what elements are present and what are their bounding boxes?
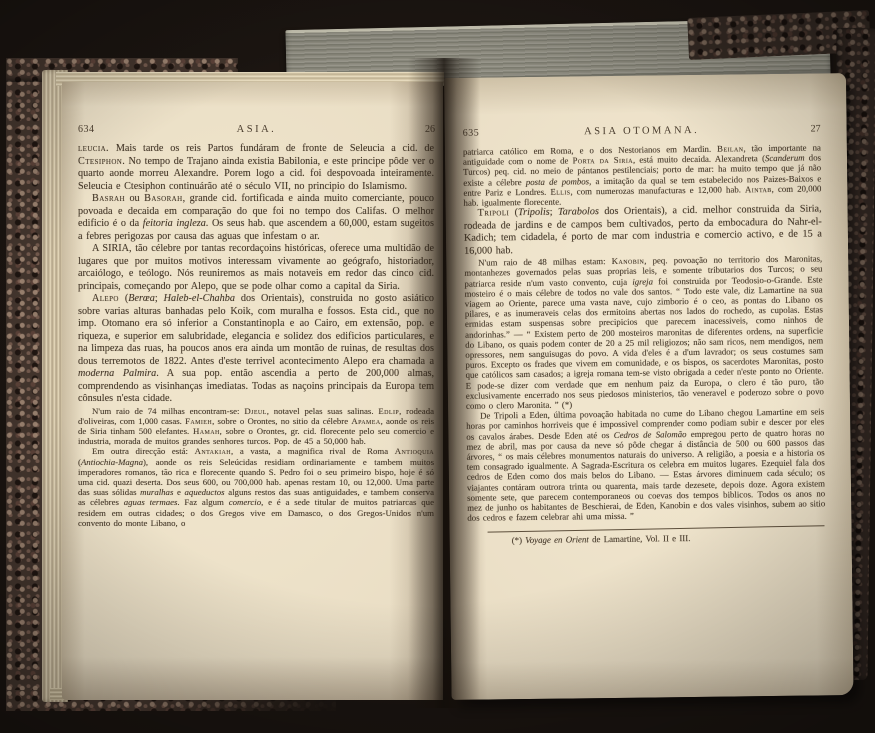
text-run: comercio xyxy=(229,497,261,507)
paragraph: N'um raio de 48 milhas estam: Kanobin, p… xyxy=(464,254,824,411)
text-run: aqueductos xyxy=(185,487,225,497)
paragraph: Tripoli (Tripolis; Tarabolos dos Orienta… xyxy=(464,204,823,258)
text-run: Hamah xyxy=(193,426,220,436)
text-run: e xyxy=(173,487,184,497)
text-run: , com numerozas manufacturas e 12,000 ha… xyxy=(570,184,745,196)
footnote: (*) Voyage en Orient de Lamartine, Vol. … xyxy=(468,531,826,546)
text-run: Tarabolos xyxy=(558,206,599,217)
paragraph: A SIRIA, tão célebre por tantas recordaç… xyxy=(78,243,434,293)
text-run: ( xyxy=(119,293,128,304)
text-run: Tripoli xyxy=(478,207,510,218)
text-run: Porta da Siria xyxy=(573,155,633,166)
text-run: A SIRIA, tão célebre por tantas recordaç… xyxy=(78,243,434,292)
text-run: Kanobin xyxy=(612,256,645,266)
text-run: Aintab xyxy=(745,184,772,194)
paragraph: patriarca católico em Roma, e o dos Nest… xyxy=(463,142,822,208)
text-run: foi construida por Teodosio-o-Grande. Es… xyxy=(465,274,824,411)
text-run: Beilan xyxy=(717,143,743,153)
text-run: empregou perto de quatro horas no mez de… xyxy=(466,427,825,523)
text-run: (*) xyxy=(512,535,526,545)
text-run: N'um raio de 74 milhas encontram-se: xyxy=(92,406,244,416)
paragraph: De Tripoli a Eden, última povoação habit… xyxy=(466,407,825,524)
text-run: ; xyxy=(155,293,164,304)
text-run: , a vasta, a magnifica rival de Roma xyxy=(231,446,395,456)
paragraph: N'um raio de 74 milhas encontram-se: Dje… xyxy=(78,406,434,447)
text-run: feitoria ingleza xyxy=(143,218,206,229)
text-run: Tripolis xyxy=(518,207,550,218)
paragraph: Basrah ou Basorah, grande cid. fortifica… xyxy=(78,193,434,243)
text-run: dos Orientais), construida no gosto asiá… xyxy=(78,293,434,367)
right-page-header: 635 ASIA OTOMANA. 27 xyxy=(463,123,821,138)
paragraph: leucia. Mais tarde os reis Partos fundár… xyxy=(78,143,434,193)
photograph-scene: 634 ASIA. 26 leucia. Mais tarde os reis … xyxy=(0,0,875,733)
text-run: Haleb-el-Chahba xyxy=(164,293,235,304)
text-run: Cedros de Salomão xyxy=(614,429,687,440)
text-run: posta de pombos xyxy=(526,176,589,187)
left-chapter-page-number: 26 xyxy=(389,124,435,135)
left-page: 634 ASIA. 26 leucia. Mais tarde os reis … xyxy=(62,82,443,700)
text-run: Voyage en Orient xyxy=(525,534,589,545)
left-page-header: 634 ASIA. 26 xyxy=(78,124,435,135)
text-run: Mais tarde os reis Partos fundáram de fr… xyxy=(109,143,434,154)
text-run: Antioquia xyxy=(395,446,434,456)
text-run: Alepo xyxy=(92,293,119,304)
text-run: , notavel pelas suas salinas. xyxy=(267,406,379,416)
text-run: Basorah xyxy=(144,193,182,204)
text-run: aguas termaes xyxy=(124,497,178,507)
text-run: Antakiah xyxy=(195,446,231,456)
text-run: igreja xyxy=(632,276,653,286)
paragraph: Em outra direcção está: Antakiah, a vast… xyxy=(78,446,434,528)
text-run: Scanderum xyxy=(765,153,805,163)
right-chapter-page-number: 27 xyxy=(775,123,821,135)
right-page: 635 ASIA OTOMANA. 27 patriarca católico … xyxy=(444,73,854,700)
text-run: muralhas xyxy=(140,487,173,497)
text-run: Djeul xyxy=(244,406,266,416)
text-run: de Lamartine, Vol. II e III. xyxy=(589,533,691,544)
text-run: Ctesiphon xyxy=(78,156,122,167)
text-run: Ellis xyxy=(550,186,570,196)
text-run: ou xyxy=(125,193,144,204)
left-folio-number: 634 xyxy=(78,124,124,135)
text-run: Em outra direcção está: xyxy=(92,446,195,456)
text-run: , sobre o Orontes, no sitio da célebre xyxy=(212,416,351,426)
right-running-title: ASIA OTOMANA. xyxy=(509,124,775,138)
text-run: Berœa xyxy=(128,293,155,304)
text-run: leucia. xyxy=(78,143,109,154)
text-run: Edlip xyxy=(378,406,399,416)
paragraph: Alepo (Berœa; Haleb-el-Chahba dos Orient… xyxy=(78,293,434,406)
right-page-text: patriarca católico em Roma, e o dos Nest… xyxy=(445,142,852,546)
text-run: Antiochia-Magna xyxy=(81,457,143,467)
text-run: . Faz algum xyxy=(177,497,228,507)
text-run: moderna Palmira xyxy=(78,368,156,379)
text-run: Famieh xyxy=(185,416,212,426)
text-run: Basrah xyxy=(92,193,125,204)
right-folio-number: 635 xyxy=(463,127,509,139)
text-run: Apamea xyxy=(351,416,380,426)
left-page-text: leucia. Mais tarde os reis Partos fundár… xyxy=(62,143,443,528)
text-run: . No tempo de Trajano ainda existia Babi… xyxy=(78,156,434,192)
left-running-title: ASIA. xyxy=(124,124,389,135)
